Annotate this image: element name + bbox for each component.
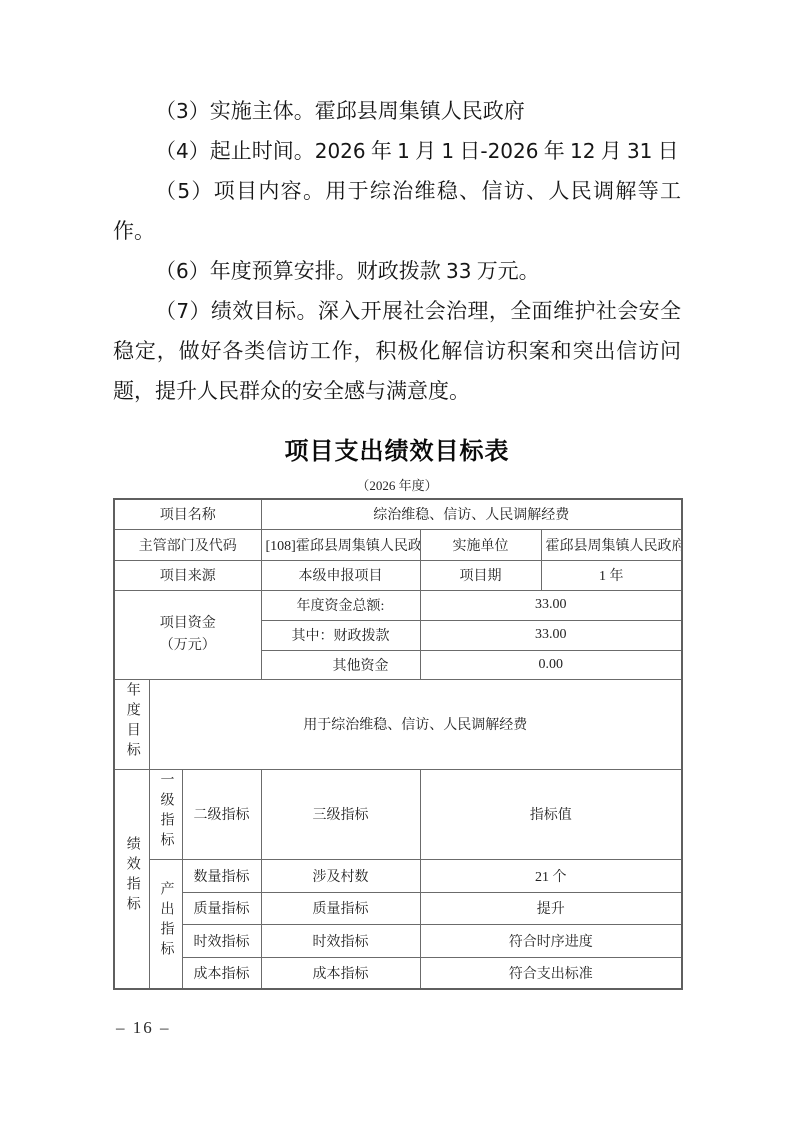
paragraph-project-content: （5）项目内容。用于综治维稳、信访、人民调解等工作。 — [113, 171, 681, 251]
indicator-level2-cell: 成本指标 — [182, 957, 261, 989]
indicator-value-cell: 提升 — [420, 892, 682, 924]
fund-other-label: 其他资金 — [261, 650, 420, 679]
row-indicator-timeliness: 时效指标 时效指标 符合时序进度 — [114, 924, 682, 957]
fund-fiscal-value: 33.00 — [420, 620, 682, 650]
row-annual-goal: 年度目标 用于综治维稳、信访、人民调解经费 — [114, 679, 682, 769]
row-indicator-quality: 质量指标 质量指标 提升 — [114, 892, 682, 924]
performance-target-table: 项目名称 综治维稳、信访、人民调解经费 主管部门及代码 [108]霍邱县周集镇人… — [113, 498, 683, 990]
document-page: （3）实施主体。霍邱县周集镇人民政府 （4）起止时间。2026 年 1 月 1 … — [0, 0, 793, 1122]
row-indicator-cost: 成本指标 成本指标 符合支出标准 — [114, 957, 682, 989]
table-subtitle-year: （2026 年度） — [113, 478, 681, 493]
level1-indicator-header-text: 一级指标 — [158, 772, 174, 852]
body-text-block: （3）实施主体。霍邱县周集镇人民政府 （4）起止时间。2026 年 1 月 1 … — [113, 91, 681, 411]
indicator-level2-cell: 时效指标 — [182, 924, 261, 957]
dept-code-value: [108]霍邱县周集镇人民政府 — [261, 529, 420, 560]
implement-unit-value: 霍邱县周集镇人民政府 — [541, 529, 682, 560]
paragraph-time-range: （4）起止时间。2026 年 1 月 1 日-2026 年 12 月 31 日 — [113, 131, 681, 171]
output-indicator-group-label: 产出指标 — [149, 859, 182, 989]
project-source-label: 项目来源 — [114, 560, 261, 590]
level3-indicator-header: 三级指标 — [261, 769, 420, 859]
indicator-level2-cell: 数量指标 — [182, 859, 261, 892]
indicator-level3-cell: 成本指标 — [261, 957, 420, 989]
project-period-label: 项目期 — [420, 560, 541, 590]
project-funds-label: 项目资金 （万元） — [114, 590, 261, 679]
implement-unit-label: 实施单位 — [420, 529, 541, 560]
level2-indicator-header: 二级指标 — [182, 769, 261, 859]
page-number: – 16 – — [116, 1018, 171, 1038]
paragraph-annual-budget: （6）年度预算安排。财政拨款 33 万元。 — [113, 251, 681, 291]
performance-indicator-label-text: 绩效指标 — [124, 836, 140, 916]
indicator-level2-cell: 质量指标 — [182, 892, 261, 924]
row-project-source: 项目来源 本级申报项目 项目期 1 年 — [114, 560, 682, 590]
fund-other-value: 0.00 — [420, 650, 682, 679]
paragraph-performance-goal: （7）绩效目标。深入开展社会治理，全面维护社会安全稳定，做好各类信访工作，积极化… — [113, 291, 681, 411]
project-name-value: 综治维稳、信访、人民调解经费 — [261, 499, 682, 529]
indicator-value-header: 指标值 — [420, 769, 682, 859]
indicator-level3-cell: 时效指标 — [261, 924, 420, 957]
row-indicator-header: 绩效指标 一级指标 二级指标 三级指标 指标值 — [114, 769, 682, 859]
level1-indicator-header: 一级指标 — [149, 769, 182, 859]
project-source-value: 本级申报项目 — [261, 560, 420, 590]
annual-goal-label: 年度目标 — [114, 679, 149, 769]
output-indicator-group-text: 产出指标 — [158, 881, 174, 961]
indicator-value-cell: 符合支出标准 — [420, 957, 682, 989]
project-period-value: 1 年 — [541, 560, 682, 590]
annual-goal-value: 用于综治维稳、信访、人民调解经费 — [149, 679, 682, 769]
paragraph-implementing-entity: （3）实施主体。霍邱县周集镇人民政府 — [113, 91, 681, 131]
row-fund-total: 项目资金 （万元） 年度资金总额: 33.00 — [114, 590, 682, 620]
row-indicator-quantity: 产出指标 数量指标 涉及村数 21 个 — [114, 859, 682, 892]
indicator-level3-cell: 质量指标 — [261, 892, 420, 924]
dept-code-label: 主管部门及代码 — [114, 529, 261, 560]
fund-fiscal-label: 其中：财政拨款 — [261, 620, 420, 650]
indicator-value-cell: 21 个 — [420, 859, 682, 892]
fund-total-value: 33.00 — [420, 590, 682, 620]
row-dept-code: 主管部门及代码 [108]霍邱县周集镇人民政府 实施单位 霍邱县周集镇人民政府 — [114, 529, 682, 560]
fund-total-label: 年度资金总额: — [261, 590, 420, 620]
indicator-value-cell: 符合时序进度 — [420, 924, 682, 957]
annual-goal-label-text: 年度目标 — [124, 682, 140, 762]
page-content: （3）实施主体。霍邱县周集镇人民政府 （4）起止时间。2026 年 1 月 1 … — [113, 91, 681, 990]
performance-indicator-label: 绩效指标 — [114, 769, 149, 989]
project-name-label: 项目名称 — [114, 499, 261, 529]
indicator-level3-cell: 涉及村数 — [261, 859, 420, 892]
row-project-name: 项目名称 综治维稳、信访、人民调解经费 — [114, 499, 682, 529]
table-title: 项目支出绩效目标表 — [113, 436, 681, 466]
